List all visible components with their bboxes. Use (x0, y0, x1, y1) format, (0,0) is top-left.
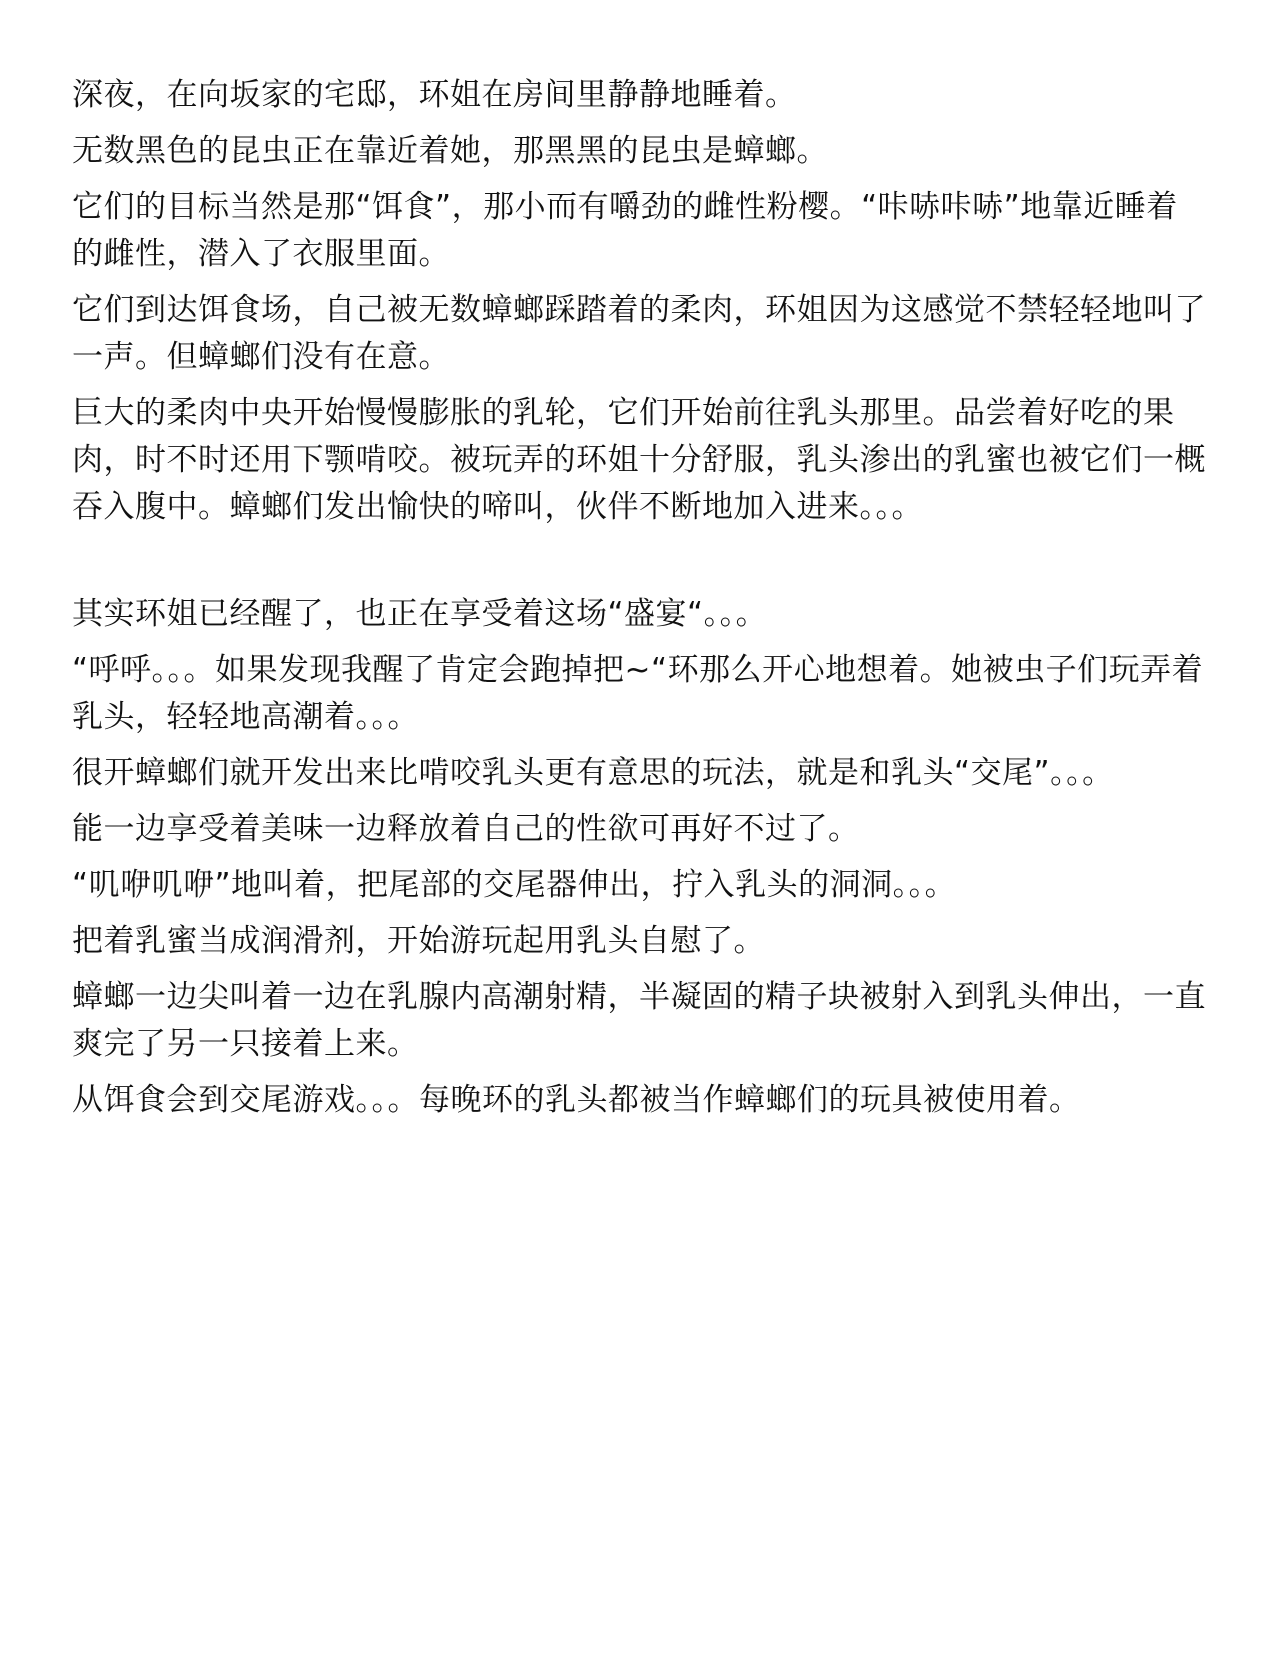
paragraph-4: 它们到达饵食场，自己被无数蟑螂踩踏着的柔肉，环姐因为这感觉不禁轻轻地叫了一声。但… (72, 287, 1208, 381)
paragraph-2: 无数黑色的昆虫正在靠近着她，那黑黑的昆虫是蟑螂。 (72, 128, 1208, 175)
paragraph-12: 蟑螂一边尖叫着一边在乳腺内高潮射精，半凝固的精子块被射入到乳头伸出，一直爽完了另… (72, 974, 1208, 1068)
paragraph-10: “叽咿叽咿”地叫着，把尾部的交尾器伸出，拧入乳头的洞洞。。。 (72, 862, 1208, 909)
paragraph-13: 从饵食会到交尾游戏。。。每晚环的乳头都被当作蟑螂们的玩具被使用着。 (72, 1077, 1208, 1124)
document-page: 深夜，在向坂家的宅邸，环姐在房间里静静地睡着。 无数黑色的昆虫正在靠近着她，那黑… (0, 0, 1280, 1656)
paragraph-1: 深夜，在向坂家的宅邸，环姐在房间里静静地睡着。 (72, 72, 1208, 119)
paragraph-5: 巨大的柔肉中央开始慢慢膨胀的乳轮，它们开始前往乳头那里。品尝着好吃的果肉，时不时… (72, 390, 1208, 531)
paragraph-7: “呼呼。。。如果发现我醒了肯定会跑掉把~“环那么开心地想着。她被虫子们玩弄着乳头… (72, 647, 1208, 741)
paragraph-9: 能一边享受着美味一边释放着自己的性欲可再好不过了。 (72, 806, 1208, 853)
paragraph-6: 其实环姐已经醒了，也正在享受着这场“盛宴“。。。 (72, 591, 1208, 638)
paragraph-11: 把着乳蜜当成润滑剂，开始游玩起用乳头自慰了。 (72, 918, 1208, 965)
paragraph-8: 很开蟑螂们就开发出来比啃咬乳头更有意思的玩法，就是和乳头“交尾”。。。 (72, 750, 1208, 797)
paragraph-3: 它们的目标当然是那“饵食”，那小而有嚼劲的雌性粉樱。“咔哧咔哧”地靠近睡着的雌性… (72, 184, 1208, 278)
